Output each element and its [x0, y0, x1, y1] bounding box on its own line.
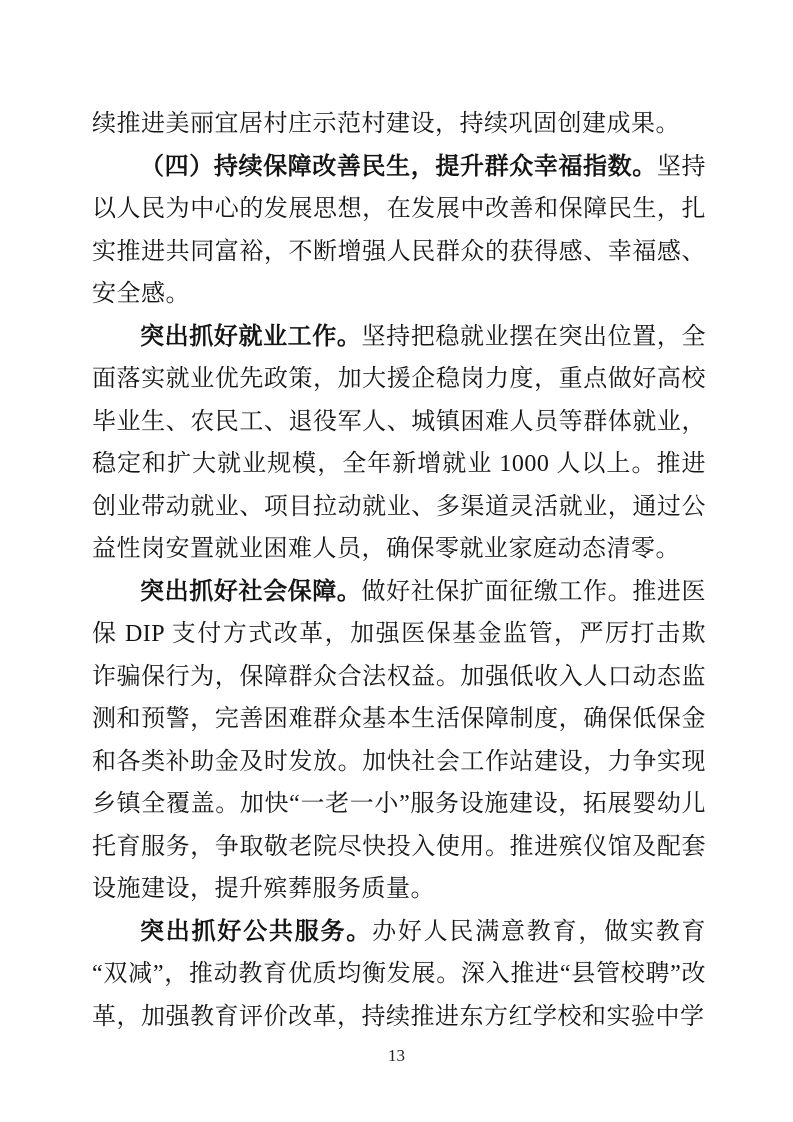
paragraph-employment: 突出抓好就业工作。坚持把稳就业摆在突出位置，全面落实就业优先政策，加大援企稳岗力… — [92, 316, 706, 571]
paragraph-social-security: 突出抓好社会保障。做好社保扩面征缴工作。推进医保 DIP 支付方式改革，加强医保… — [92, 571, 706, 911]
social-security-heading: 突出抓好社会保障。 — [140, 579, 362, 605]
paragraph-text: 续推进美丽宜居村庄示范村建设，持续巩固创建成果。 — [92, 111, 680, 137]
employment-heading: 突出抓好就业工作。 — [140, 324, 362, 350]
paragraph-section-four: （四）持续保障改善民生，提升群众幸福指数。坚持以人民为中心的发展思想，在发展中改… — [92, 146, 706, 316]
paragraph-text: 做好社保扩面征缴工作。推进医保 DIP 支付方式改革，加强医保基金监管，严厉打击… — [92, 579, 706, 903]
document-page: 续推进美丽宜居村庄示范村建设，持续巩固创建成果。 （四）持续保障改善民生，提升群… — [0, 0, 793, 1122]
paragraph-continuation: 续推进美丽宜居村庄示范村建设，持续巩固创建成果。 — [92, 103, 706, 146]
paragraph-text: 坚持把稳就业摆在突出位置，全面落实就业优先政策，加大援企稳岗力度，重点做好高校毕… — [92, 324, 706, 563]
document-body: 续推进美丽宜居村庄示范村建设，持续巩固创建成果。 （四）持续保障改善民生，提升群… — [92, 103, 706, 1038]
page-number: 13 — [0, 1044, 793, 1068]
paragraph-public-services: 突出抓好公共服务。办好人民满意教育，做实教育“双减”，推动教育优质均衡发展。深入… — [92, 911, 706, 1039]
section-four-heading: （四）持续保障改善民生，提升群众幸福指数。 — [140, 154, 657, 180]
public-services-heading: 突出抓好公共服务。 — [140, 919, 372, 945]
